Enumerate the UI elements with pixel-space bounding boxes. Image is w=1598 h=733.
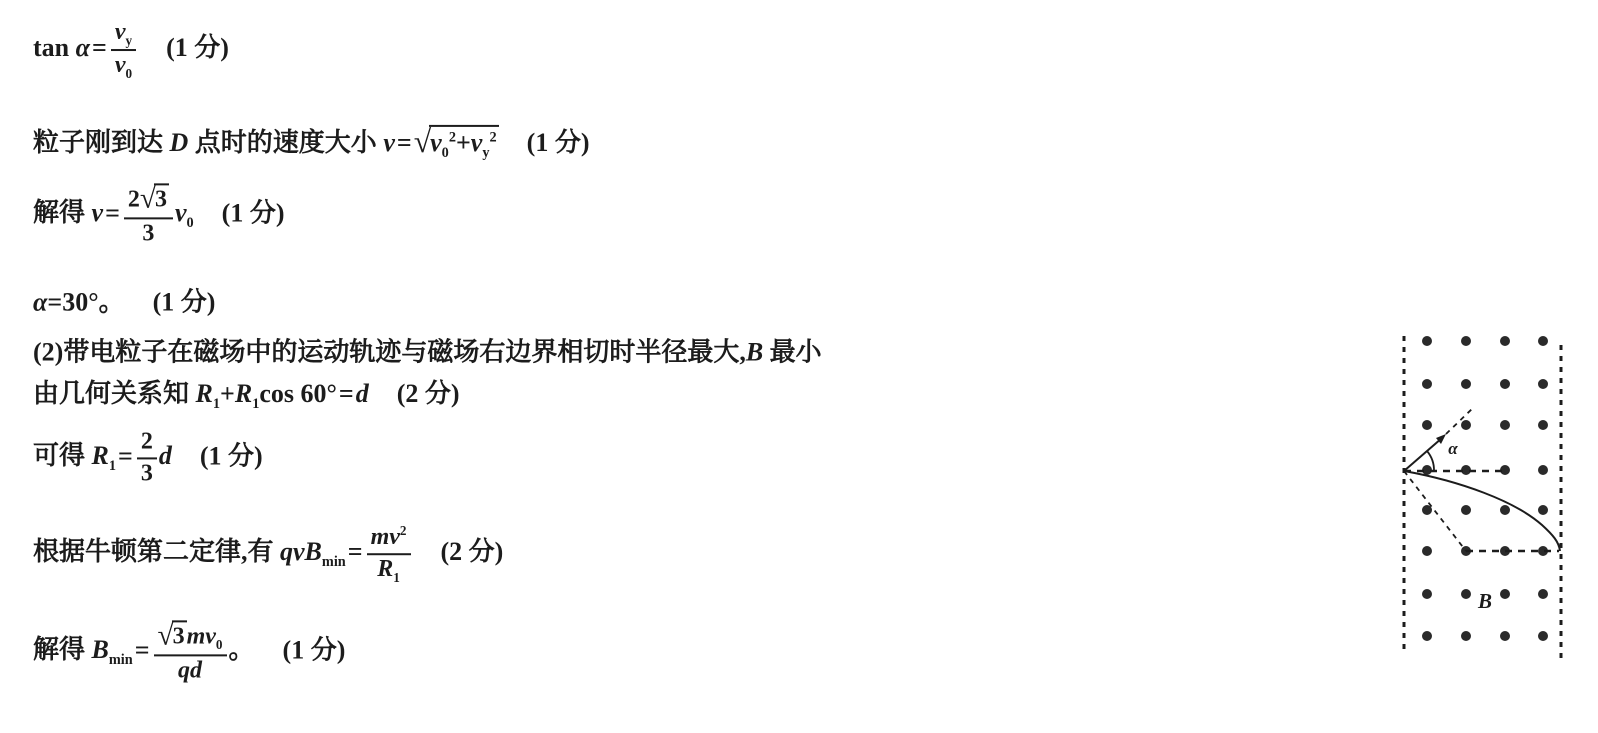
field-dot [1500,631,1510,641]
field-dot [1461,336,1471,346]
equals-sign: = [135,635,150,664]
field-dot [1500,420,1510,430]
equals-sign: = [397,128,412,157]
field-dot [1422,589,1432,599]
solution-line-4: α=30°。(1 分) [33,282,215,319]
alpha-symbol: α [33,288,47,317]
score-badge: (2 分) [397,379,460,408]
magnetic-field-diagram: α B [1390,318,1598,686]
fraction-vy-v0: vyv0 [111,19,136,81]
field-dot [1538,465,1548,475]
radical-sign: √ [158,619,172,651]
field-dot [1461,379,1471,389]
function-name: tan [33,33,76,62]
field-dot [1538,336,1548,346]
field-dot [1538,589,1548,599]
score-badge: (1 分) [200,441,263,470]
B-symbol: B [746,338,763,367]
field-dot [1538,420,1548,430]
field-dot [1422,336,1432,346]
field-dot [1538,379,1548,389]
radical-sign: √ [140,182,154,214]
solution-line-1: tan α=vyv0(1 分) [33,19,229,81]
field-dot [1538,631,1548,641]
b-field-label: B [1477,589,1492,613]
equals-sign: = [118,441,133,470]
score-badge: (2 分) [441,537,504,566]
score-badge: (1 分) [527,128,590,157]
field-dot [1422,546,1432,556]
score-badge: (1 分) [166,33,229,62]
field-dot [1500,505,1510,515]
field-dot [1500,379,1510,389]
field-dot [1500,336,1510,346]
velocity-dashed-extension [1446,407,1474,434]
field-dot [1461,589,1471,599]
field-dot [1461,420,1471,430]
fraction-2root3-3: 2√33 [124,182,173,247]
fraction-mv2-R1: mv2R1 [367,523,411,585]
fraction-root3mv0-qd: √3mv0qd [154,619,227,684]
alpha-symbol: α [76,33,90,62]
field-dot [1422,631,1432,641]
field-dot [1461,505,1471,515]
equals-sign: = [105,198,120,227]
solution-line-3: 解得 v=2√33v0(1 分) [33,182,284,247]
solution-line-5: (2)带电粒子在磁场中的运动轨迹与磁场右边界相切时半径最大,B 最小 [33,332,822,369]
solution-line-7: 可得 R1=23d(1 分) [33,428,263,487]
fraction-2-3: 23 [137,428,157,487]
alpha-label: α [1448,439,1458,458]
score-badge: (1 分) [283,635,346,664]
radical-sign: √ [414,124,429,159]
equals-sign: = [339,379,354,408]
score-badge: (1 分) [153,288,216,317]
page: { "page": { "bg": "#ffffff", "text_color… [0,0,1598,733]
solution-line-6: 由几何关系知 R1+R1cos 60°=d(2 分) [33,373,460,413]
solution-line-8: 根据牛顿第二定律,有 qvBmin=mv2R1(2 分) [33,523,503,585]
solution-line-2: 粒子刚到达 D 点时的速度大小 v=√v02+vy2(1 分) [33,122,589,162]
equals-sign: = [348,537,363,566]
field-dot [1500,589,1510,599]
field-dot [1538,505,1548,515]
score-badge: (1 分) [222,198,285,227]
equals-sign: = [92,33,107,62]
radicand: v02+vy2 [429,125,499,157]
field-dot [1422,379,1432,389]
point-D: D [170,128,189,157]
solution-line-9: 解得 Bmin=√3mv0qd。(1 分) [33,619,345,684]
velocity-arrow [1404,438,1442,471]
field-dot [1461,631,1471,641]
field-dot [1422,420,1432,430]
